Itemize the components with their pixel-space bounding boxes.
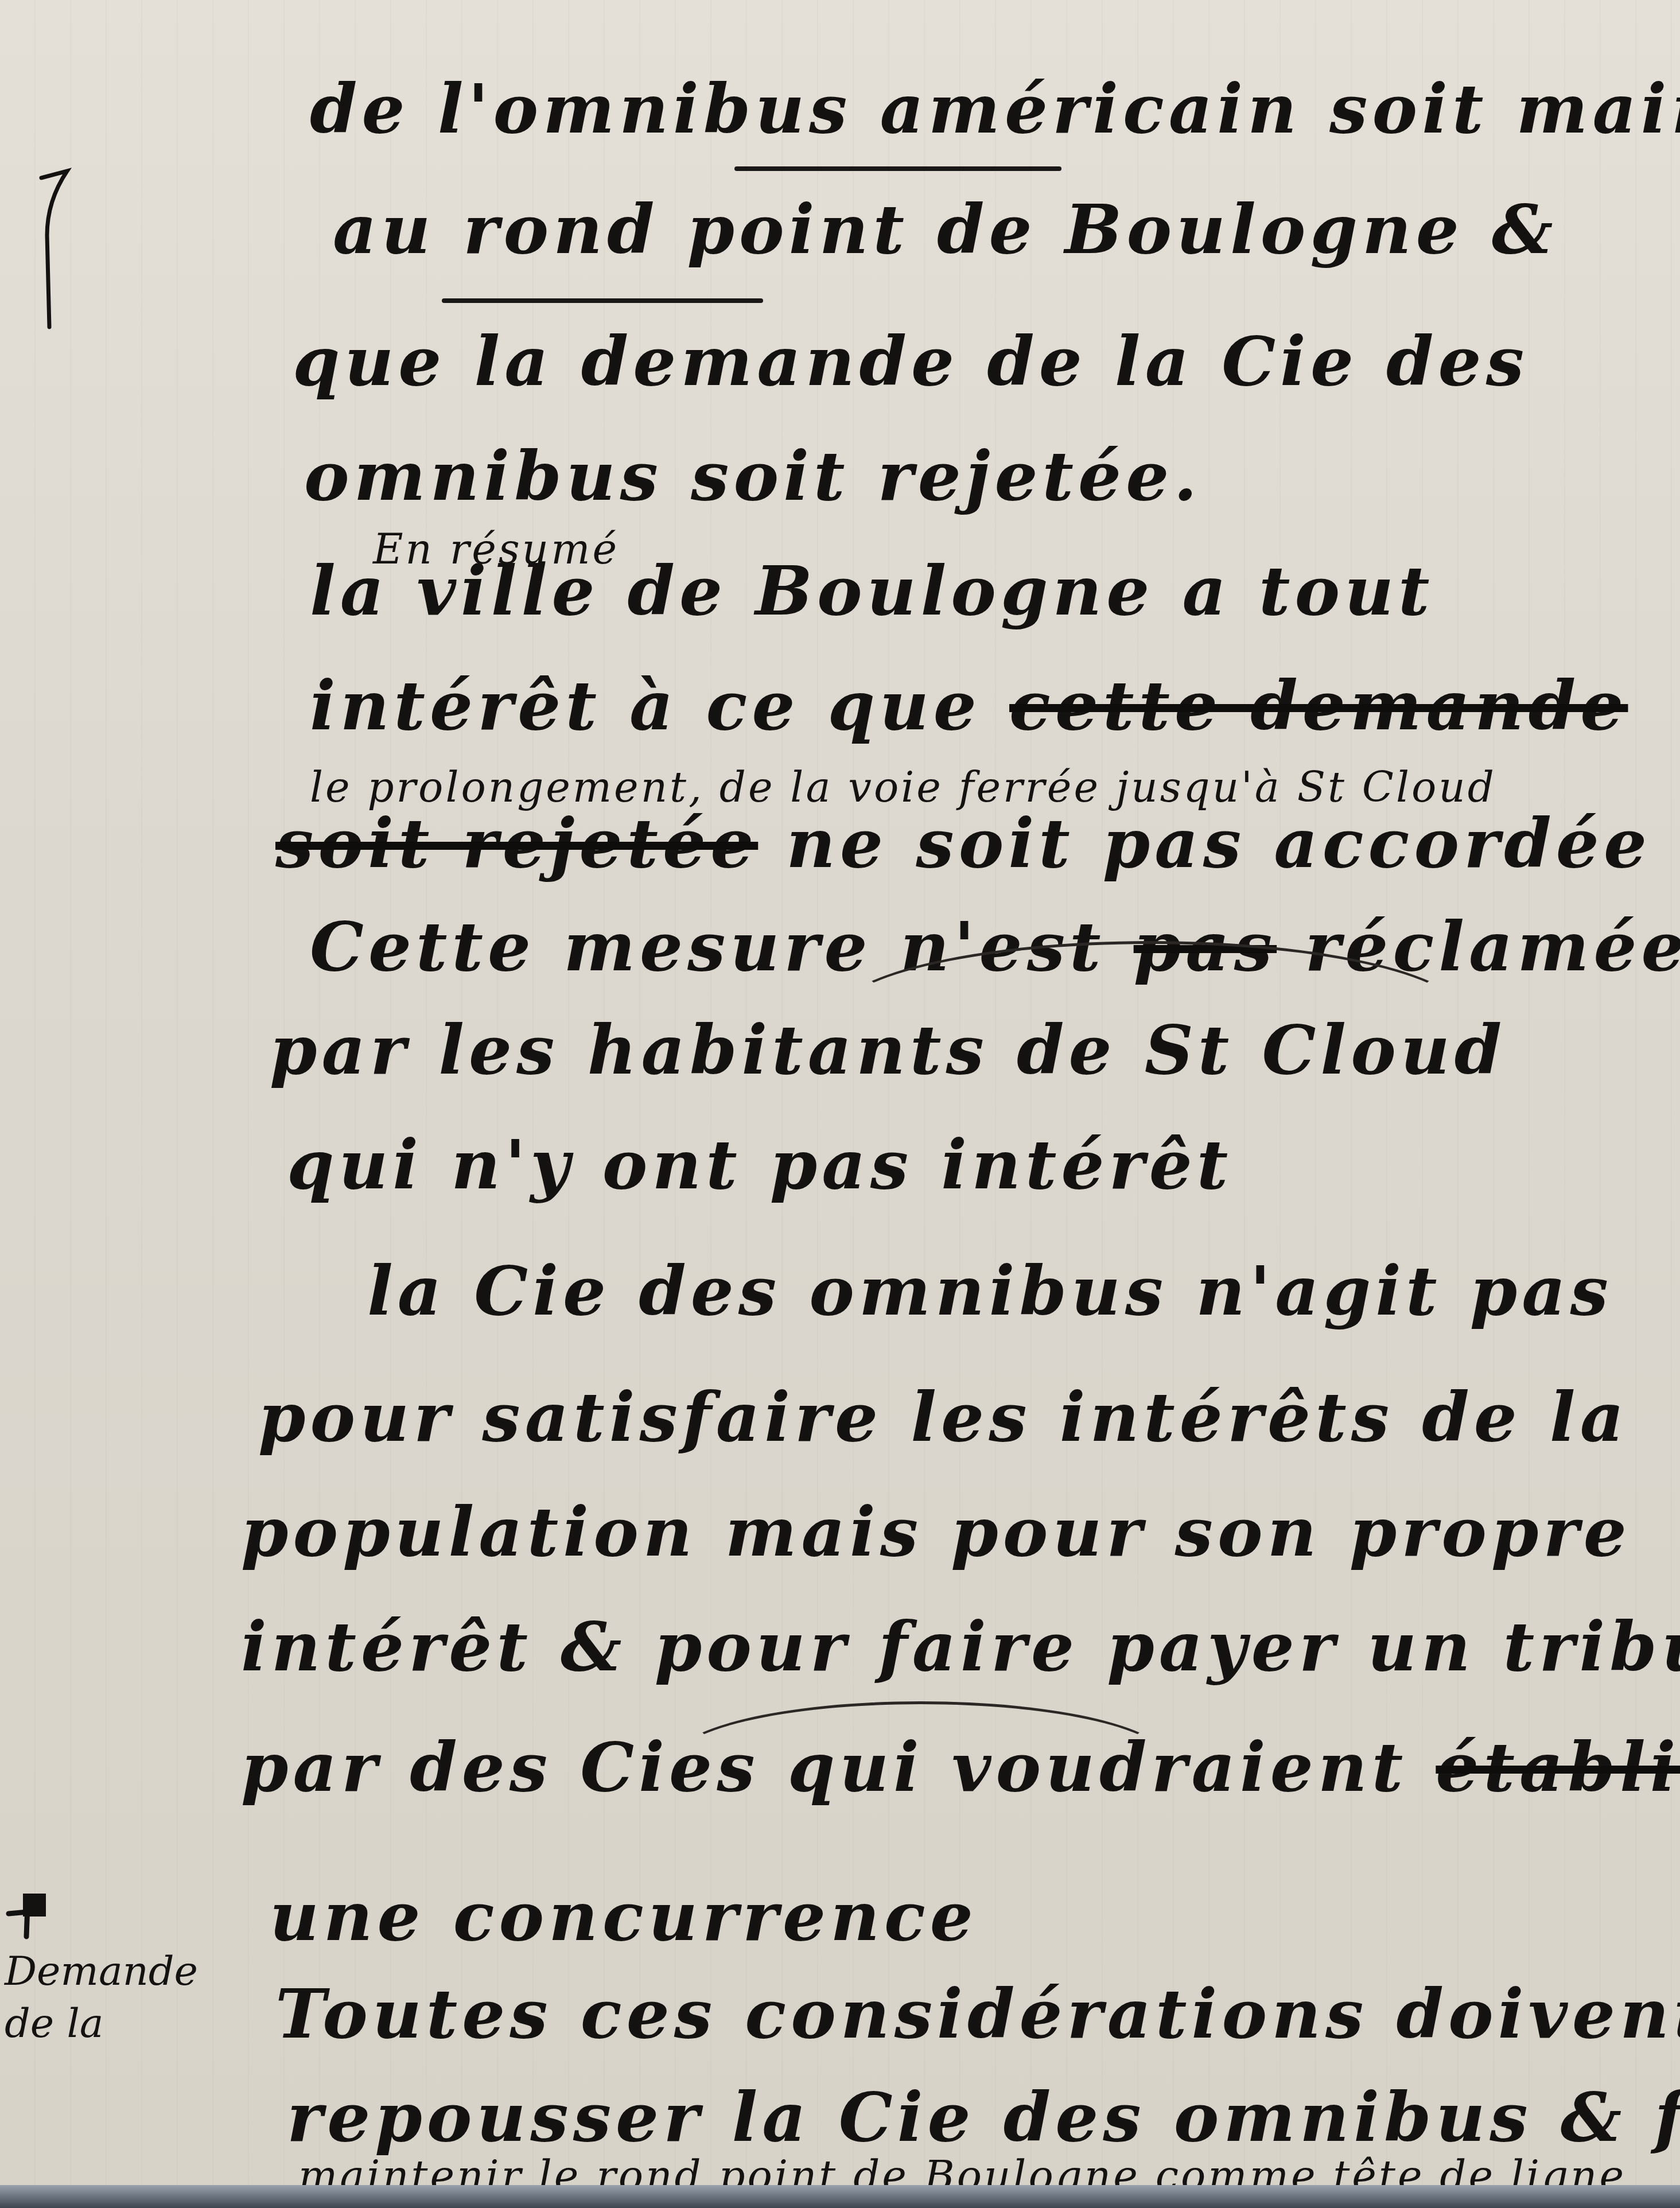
manuscript-line-9: par les habitants de St Cloud [270,1010,1506,1090]
manuscript-line-11: la Cie des omnibus n'agit pas [367,1251,1613,1331]
manuscript-line-5: la ville de Boulogne a tout [310,551,1434,631]
manuscript-line-10: qui n'y ont pas intérêt [287,1125,1232,1204]
manuscript-line-3: que la demande de la Cie des [293,321,1529,401]
margin-note: Demande de la [5,1945,198,2050]
manuscript-line-15: par des Cies qui voudraient établir [241,1727,1680,1807]
struck-cette-demande: cette demande [1009,666,1628,745]
manuscript-line-16: une concurrence [270,1876,978,1956]
underline-americain [734,166,1061,171]
manuscript-line-2: au rond point de Boulogne & [333,189,1557,269]
underline-rond-point [442,298,763,303]
manuscript-line-18: repousser la Cie des omnibus & faire [287,2077,1680,2157]
manuscript-line-7: soit rejetée ne soit pas accordée [275,803,1651,883]
manuscript-line-4: omnibus soit rejetée. [304,436,1201,516]
manuscript-line-17: Toutes ces considérations doivent faire [275,1974,1680,2054]
manuscript-line-14: intérêt & pour faire payer un tribut [241,1607,1680,1686]
margin-note-line-1: Demande [5,1945,198,1997]
line-6-text: intérêt à ce que [310,666,981,745]
line-7-text: ne soit pas accordée [786,803,1651,883]
manuscript-line-1: de l'omnibus américain soit maintenu [310,69,1680,149]
manuscript-line-13: population mais pour son propre [241,1492,1631,1572]
struck-etablir: établir [1436,1727,1680,1807]
manuscript-line-12: pour satisfaire les intérêts de la [258,1377,1628,1457]
struck-soit-rejetee: soit rejetée [275,803,758,883]
line-15-text: par des Cies qui voudraient [241,1727,1407,1807]
cross-mark-icon [6,1888,52,1939]
bracket-mark-icon [36,166,76,333]
line-2-text: au rond point de Boulogne & [333,189,1557,269]
page-bottom-edge [0,2185,1680,2208]
manuscript-line-6: intérêt à ce que cette demande [310,666,1628,745]
margin-note-line-2: de la [5,1997,198,2050]
manuscript-page: de l'omnibus américain soit maintenu au … [0,0,1680,2208]
